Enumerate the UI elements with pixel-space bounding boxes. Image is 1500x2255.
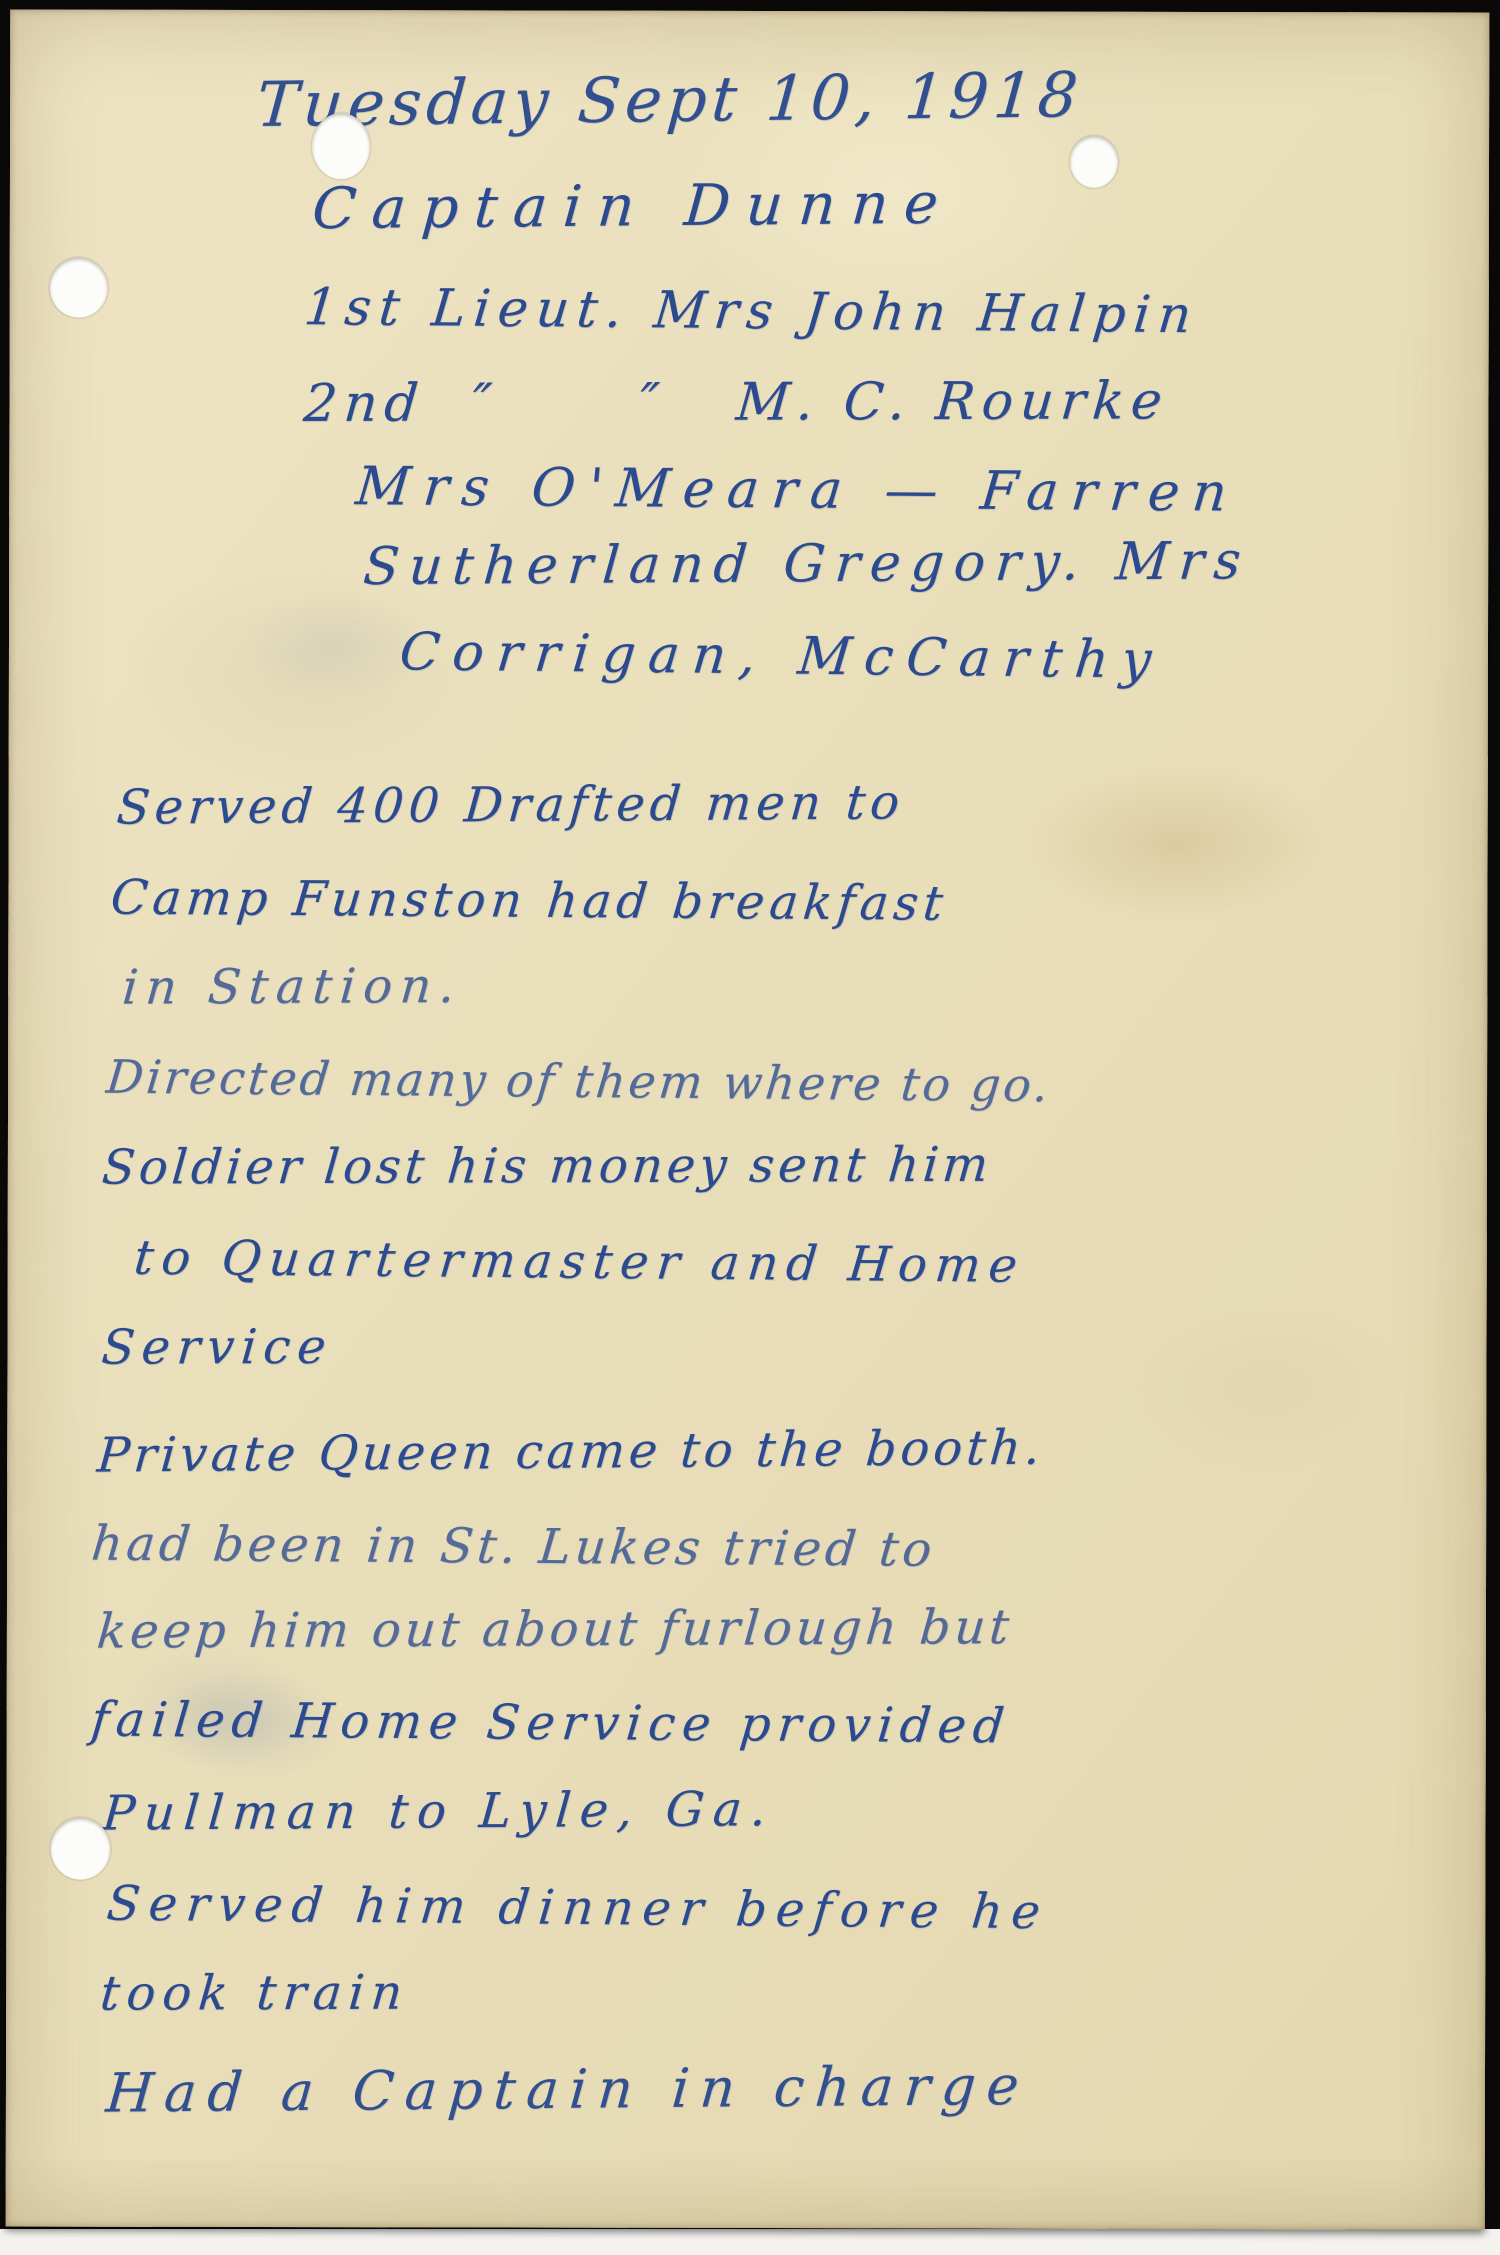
entry-line: Camp Funston had breakfast xyxy=(108,870,950,932)
paper-page: Tuesday Sept 10, 1918 Captain Dunne 1st … xyxy=(6,9,1490,2229)
entry-line: Soldier lost his money sent him xyxy=(100,1137,995,1196)
roster-line: 1st Lieut. Mrs John Halpin xyxy=(302,278,1202,345)
entry-line: Pullman to Lyle, Ga. xyxy=(100,1781,777,1841)
entry-line: took train xyxy=(98,1965,411,2022)
entry-line: Directed many of them where to go. xyxy=(104,1050,1054,1113)
entry-line: Served him dinner before he xyxy=(104,1876,1051,1941)
roster-line: 2nd ″ ″ M. C. Rourke xyxy=(301,371,1171,434)
entry-line: in Station. xyxy=(120,958,465,1016)
entry-line: Service xyxy=(99,1319,335,1376)
date-line: Tuesday Sept 10, 1918 xyxy=(254,58,1085,141)
entry-line: Private Queen came to the booth. xyxy=(95,1420,1046,1484)
roster-line: Sutherland Gregory. Mrs xyxy=(361,531,1253,597)
entry-line: failed Home Service provided xyxy=(89,1692,1014,1755)
scanner-bed-strip xyxy=(0,2229,1500,2255)
entry-line: Had a Captain in charge xyxy=(104,2054,1032,2125)
punch-hole-margin-bottom xyxy=(50,1818,110,1880)
punch-hole-header-right xyxy=(1070,136,1118,188)
punch-hole-margin-top xyxy=(50,258,108,318)
roster-line: Corrigan, McCarthy xyxy=(397,622,1167,690)
entry-line: had been in St. Lukes tried to xyxy=(89,1516,938,1578)
roster-line: Mrs O'Meara — Farren xyxy=(353,456,1242,523)
entry-line: keep him out about furlough but xyxy=(95,1599,1015,1659)
entry-line: Served 400 Drafted men to xyxy=(115,774,907,835)
entry-line: to Quartermaster and Home xyxy=(132,1230,1028,1294)
punch-hole-header-left xyxy=(312,113,370,179)
roster-line: Captain Dunne xyxy=(310,171,957,242)
